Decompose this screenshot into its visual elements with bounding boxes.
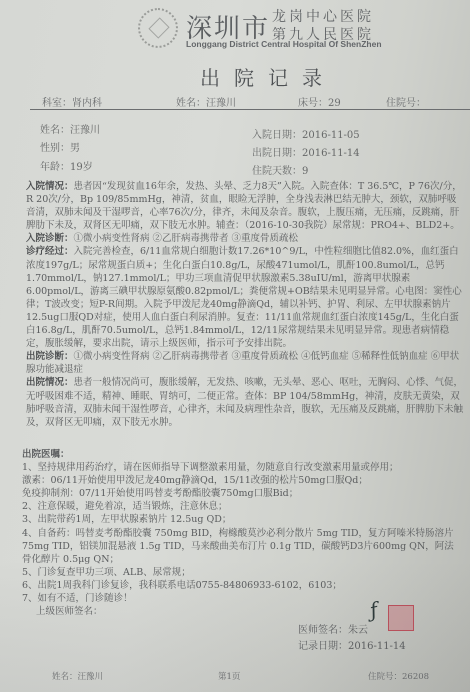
header-divider [30,109,470,110]
admission-status-paragraph: 入院情况：患者因“发现贫血16年余，发热、头晕、乏力8天”入院。入院查体：T 3… [26,180,464,232]
order-item: 5、门诊复查甲功三项、ALB、尿常规； [22,566,462,579]
orders-label: 出院医嘱： [22,448,462,461]
footer-patient-name: 姓名：汪豫川 [52,670,103,682]
order-item: 1、坚持规律用药治疗，请在医师指导下调整激素用量，勿随意自行改变激素用量或停用； [22,461,462,474]
footer-admission-number: 住院号：26208 [368,670,429,682]
order-item: 2、注意保暖，避免着凉，适当锻炼，注意休息； [22,500,462,513]
order-item: 7、如有不适，门诊随诊！ [22,592,462,605]
admission-diagnosis-paragraph: 入院诊断：①微小病变性肾病 ②乙肝病毒携带者 ③重度骨质疏松 [26,232,464,245]
discharge-status-label: 出院情况： [26,377,74,388]
admission-number: 住院号： [386,94,426,109]
discharge-status-paragraph: 出院情况：患者一般情况尚可，腹胀缓解，无发热、咳嗽，无头晕、恶心、呕吐，无胸闷、… [26,376,464,428]
order-item: 激素：06/11开始使用甲泼尼龙40mg静滴Qd，15/11改强的松片50mg口… [22,474,462,487]
hospital-days: 住院天数：9 [252,162,308,177]
discharge-diagnosis-text: ①微小病变性肾病 ②乙肝病毒携带者 ③重度骨质疏松 ④低钙血症 ⑤稀释性低钠血症… [26,351,459,375]
order-item: 3、出院带药1周，左甲状腺素钠片 12.5ug QD； [22,513,462,526]
bed-number: 床号：29 [298,94,341,109]
hospital-english-name: Longgang District Central Hospital Of Sh… [186,39,382,49]
course-text: 入院完善检查，6/11血常规白细胞计数17.26*10^9/L，中性粒细胞比值8… [26,246,462,349]
discharge-date: 出院日期：2016-11-14 [252,144,360,159]
discharge-diagnosis-paragraph: 出院诊断：①微小病变性肾病 ②乙肝病毒携带者 ③重度骨质疏松 ④低钙血症 ⑤稀释… [26,350,464,376]
record-date: 记录日期：2016-11-14 [298,637,406,652]
order-item: 4、自备药：吗替麦考酚酯胶囊 750mg BID，枸橼酸莫沙必利分散片 5mg … [22,527,462,566]
patient-sex: 性别：男 [40,139,80,154]
discharge-status-text: 患者一般情况尚可，腹胀缓解，无发热、咳嗽，无头晕、恶心、呕吐，无胸闷、心悸、气促… [26,377,463,427]
order-item: 免疫抑制剂：07/11开始使用吗替麦考酚酯胶囊750mg口服Bid； [22,487,462,500]
admission-diagnosis-text: ①微小病变性肾病 ②乙肝病毒携带者 ③重度骨质疏松 [74,233,299,244]
admission-status-text: 患者因“发现贫血16年余，发热、头晕、乏力8天”入院。入院查体：T 36.5℃，… [26,181,462,231]
meta-row: 科室：肾内科 姓名：汪豫川 床号：29 住院号： [30,92,470,110]
record-body: 入院情况：患者因“发现贫血16年余，发热、头晕、乏力8天”入院。入院查体：T 3… [26,180,464,429]
discharge-orders: 出院医嘱： 1、坚持规律用药治疗，请在医师指导下调整激素用量，勿随意自行改变激素… [22,448,462,618]
admission-diagnosis-label: 入院诊断： [26,233,74,244]
course-paragraph: 诊疗经过：入院完善检查，6/11血常规白细胞计数17.26*10^9/L，中性粒… [26,245,464,350]
admit-date: 入院日期：2016-11-05 [252,126,360,141]
discharge-diagnosis-label: 出院诊断： [26,351,74,362]
patient-name: 姓名：汪豫川 [40,121,100,136]
page-number: 第1页 [218,670,240,682]
doctor-signature-label: 医师签名：朱云 [298,621,368,636]
hospital-name-line1: 龙岗中心医院 [272,6,374,26]
department: 科室：肾内科 [42,94,102,109]
admission-status-label: 入院情况： [26,181,74,192]
doctor-stamp [388,605,414,631]
document-title: 出院记录 [200,62,336,91]
course-label: 诊疗经过： [26,246,74,257]
header-patient-name: 姓名：汪豫川 [176,94,236,109]
patient-age: 年龄：19岁 [40,158,93,173]
order-item: 6、出院1周我科门诊复诊，我科联系电话0755-84806933-6102，61… [22,579,462,592]
hospital-logo-icon [138,8,178,48]
